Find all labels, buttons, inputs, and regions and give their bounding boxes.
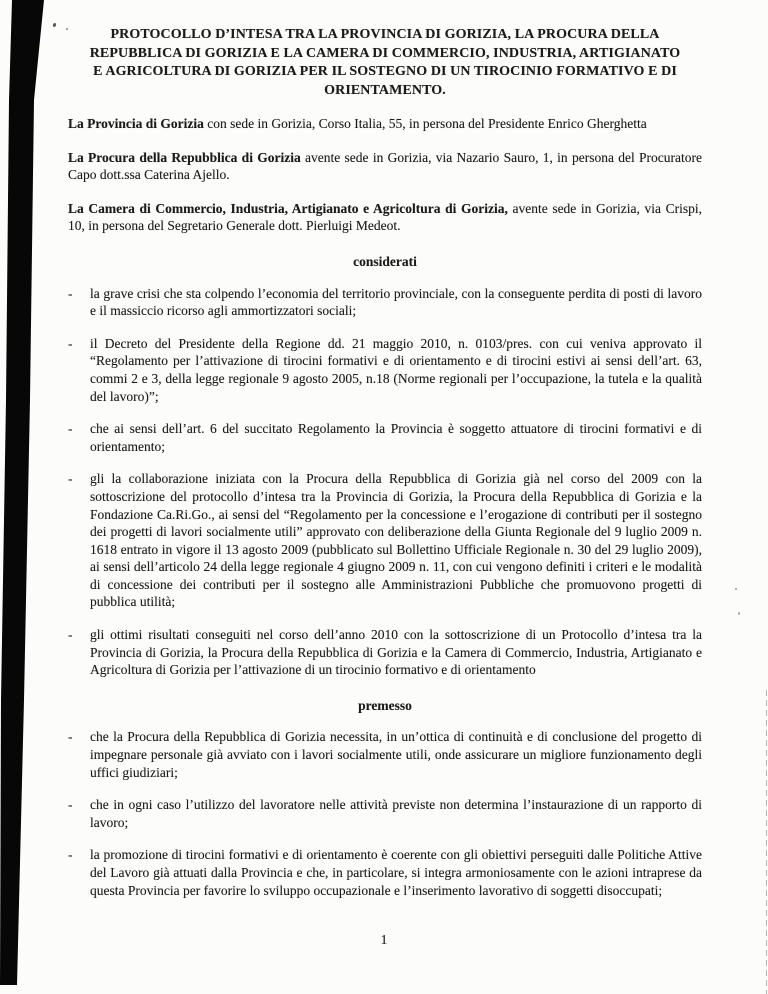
bullet-dash: - — [68, 728, 90, 781]
list-item-text: gli la collaborazione iniziata con la Pr… — [90, 470, 702, 611]
party-name: La Camera di Commercio, Industria, Artig… — [68, 201, 508, 216]
bullet-dash: - — [68, 626, 90, 679]
document-body: PROTOCOLLO D’INTESA TRA LA PROVINCIA DI … — [68, 26, 702, 914]
bullet-dash: - — [68, 285, 90, 320]
party-paragraph-procura: La Procura della Repubblica di Gorizia a… — [68, 149, 702, 184]
list-item-text: che ai sensi dell’art. 6 del succitato R… — [90, 420, 702, 455]
party-paragraph-camera-commercio: La Camera di Commercio, Industria, Artig… — [68, 200, 702, 235]
party-details: con sede in Gorizia, Corso Italia, 55, i… — [204, 116, 647, 131]
scan-edge-line — [766, 690, 767, 994]
document-title: PROTOCOLLO D’INTESA TRA LA PROVINCIA DI … — [85, 26, 685, 100]
scan-speck — [52, 23, 56, 28]
bullet-dash: - — [68, 335, 90, 405]
bullet-dash: - — [68, 796, 90, 831]
scan-speck — [738, 612, 740, 615]
bullet-dash: - — [68, 470, 90, 611]
list-item: - gli la collaborazione iniziata con la … — [68, 470, 702, 611]
list-item: - che in ogni caso l’utilizzo del lavora… — [68, 796, 702, 831]
bullet-dash: - — [68, 420, 90, 455]
list-item-text: che in ogni caso l’utilizzo del lavorato… — [90, 796, 702, 831]
list-item-text: che la Procura della Repubblica di Goriz… — [90, 728, 702, 781]
list-item: - che la Procura della Repubblica di Gor… — [68, 728, 702, 781]
page-number: 1 — [0, 932, 768, 948]
section-heading-premesso: premesso — [68, 697, 702, 715]
party-name: La Provincia di Gorizia — [68, 116, 204, 131]
list-item: - gli ottimi risultati conseguiti nel co… — [68, 626, 702, 679]
scanned-document-page: PROTOCOLLO D’INTESA TRA LA PROVINCIA DI … — [0, 0, 768, 994]
party-paragraph-provincia: La Provincia di Gorizia con sede in Gori… — [68, 115, 702, 133]
list-item-text: gli ottimi risultati conseguiti nel cors… — [90, 626, 702, 679]
party-name: La Procura della Repubblica di Gorizia — [68, 150, 301, 165]
scan-speck — [735, 588, 737, 590]
list-item-text: il Decreto del Presidente della Regione … — [90, 335, 702, 405]
list-item: - che ai sensi dell’art. 6 del succitato… — [68, 420, 702, 455]
list-item-text: la grave crisi che sta colpendo l’econom… — [90, 285, 702, 320]
list-item: - la grave crisi che sta colpendo l’econ… — [68, 285, 702, 320]
considerati-list: - la grave crisi che sta colpendo l’econ… — [68, 285, 702, 679]
list-item: - il Decreto del Presidente della Region… — [68, 335, 702, 405]
section-heading-considerati: considerati — [68, 253, 702, 271]
scan-edge-artifact — [0, 0, 50, 994]
bullet-dash: - — [68, 846, 90, 899]
list-item: - la promozione di tirocini formativi e … — [68, 846, 702, 899]
list-item-text: la promozione di tirocini formativi e di… — [90, 846, 702, 899]
premesso-list: - che la Procura della Repubblica di Gor… — [68, 728, 702, 899]
